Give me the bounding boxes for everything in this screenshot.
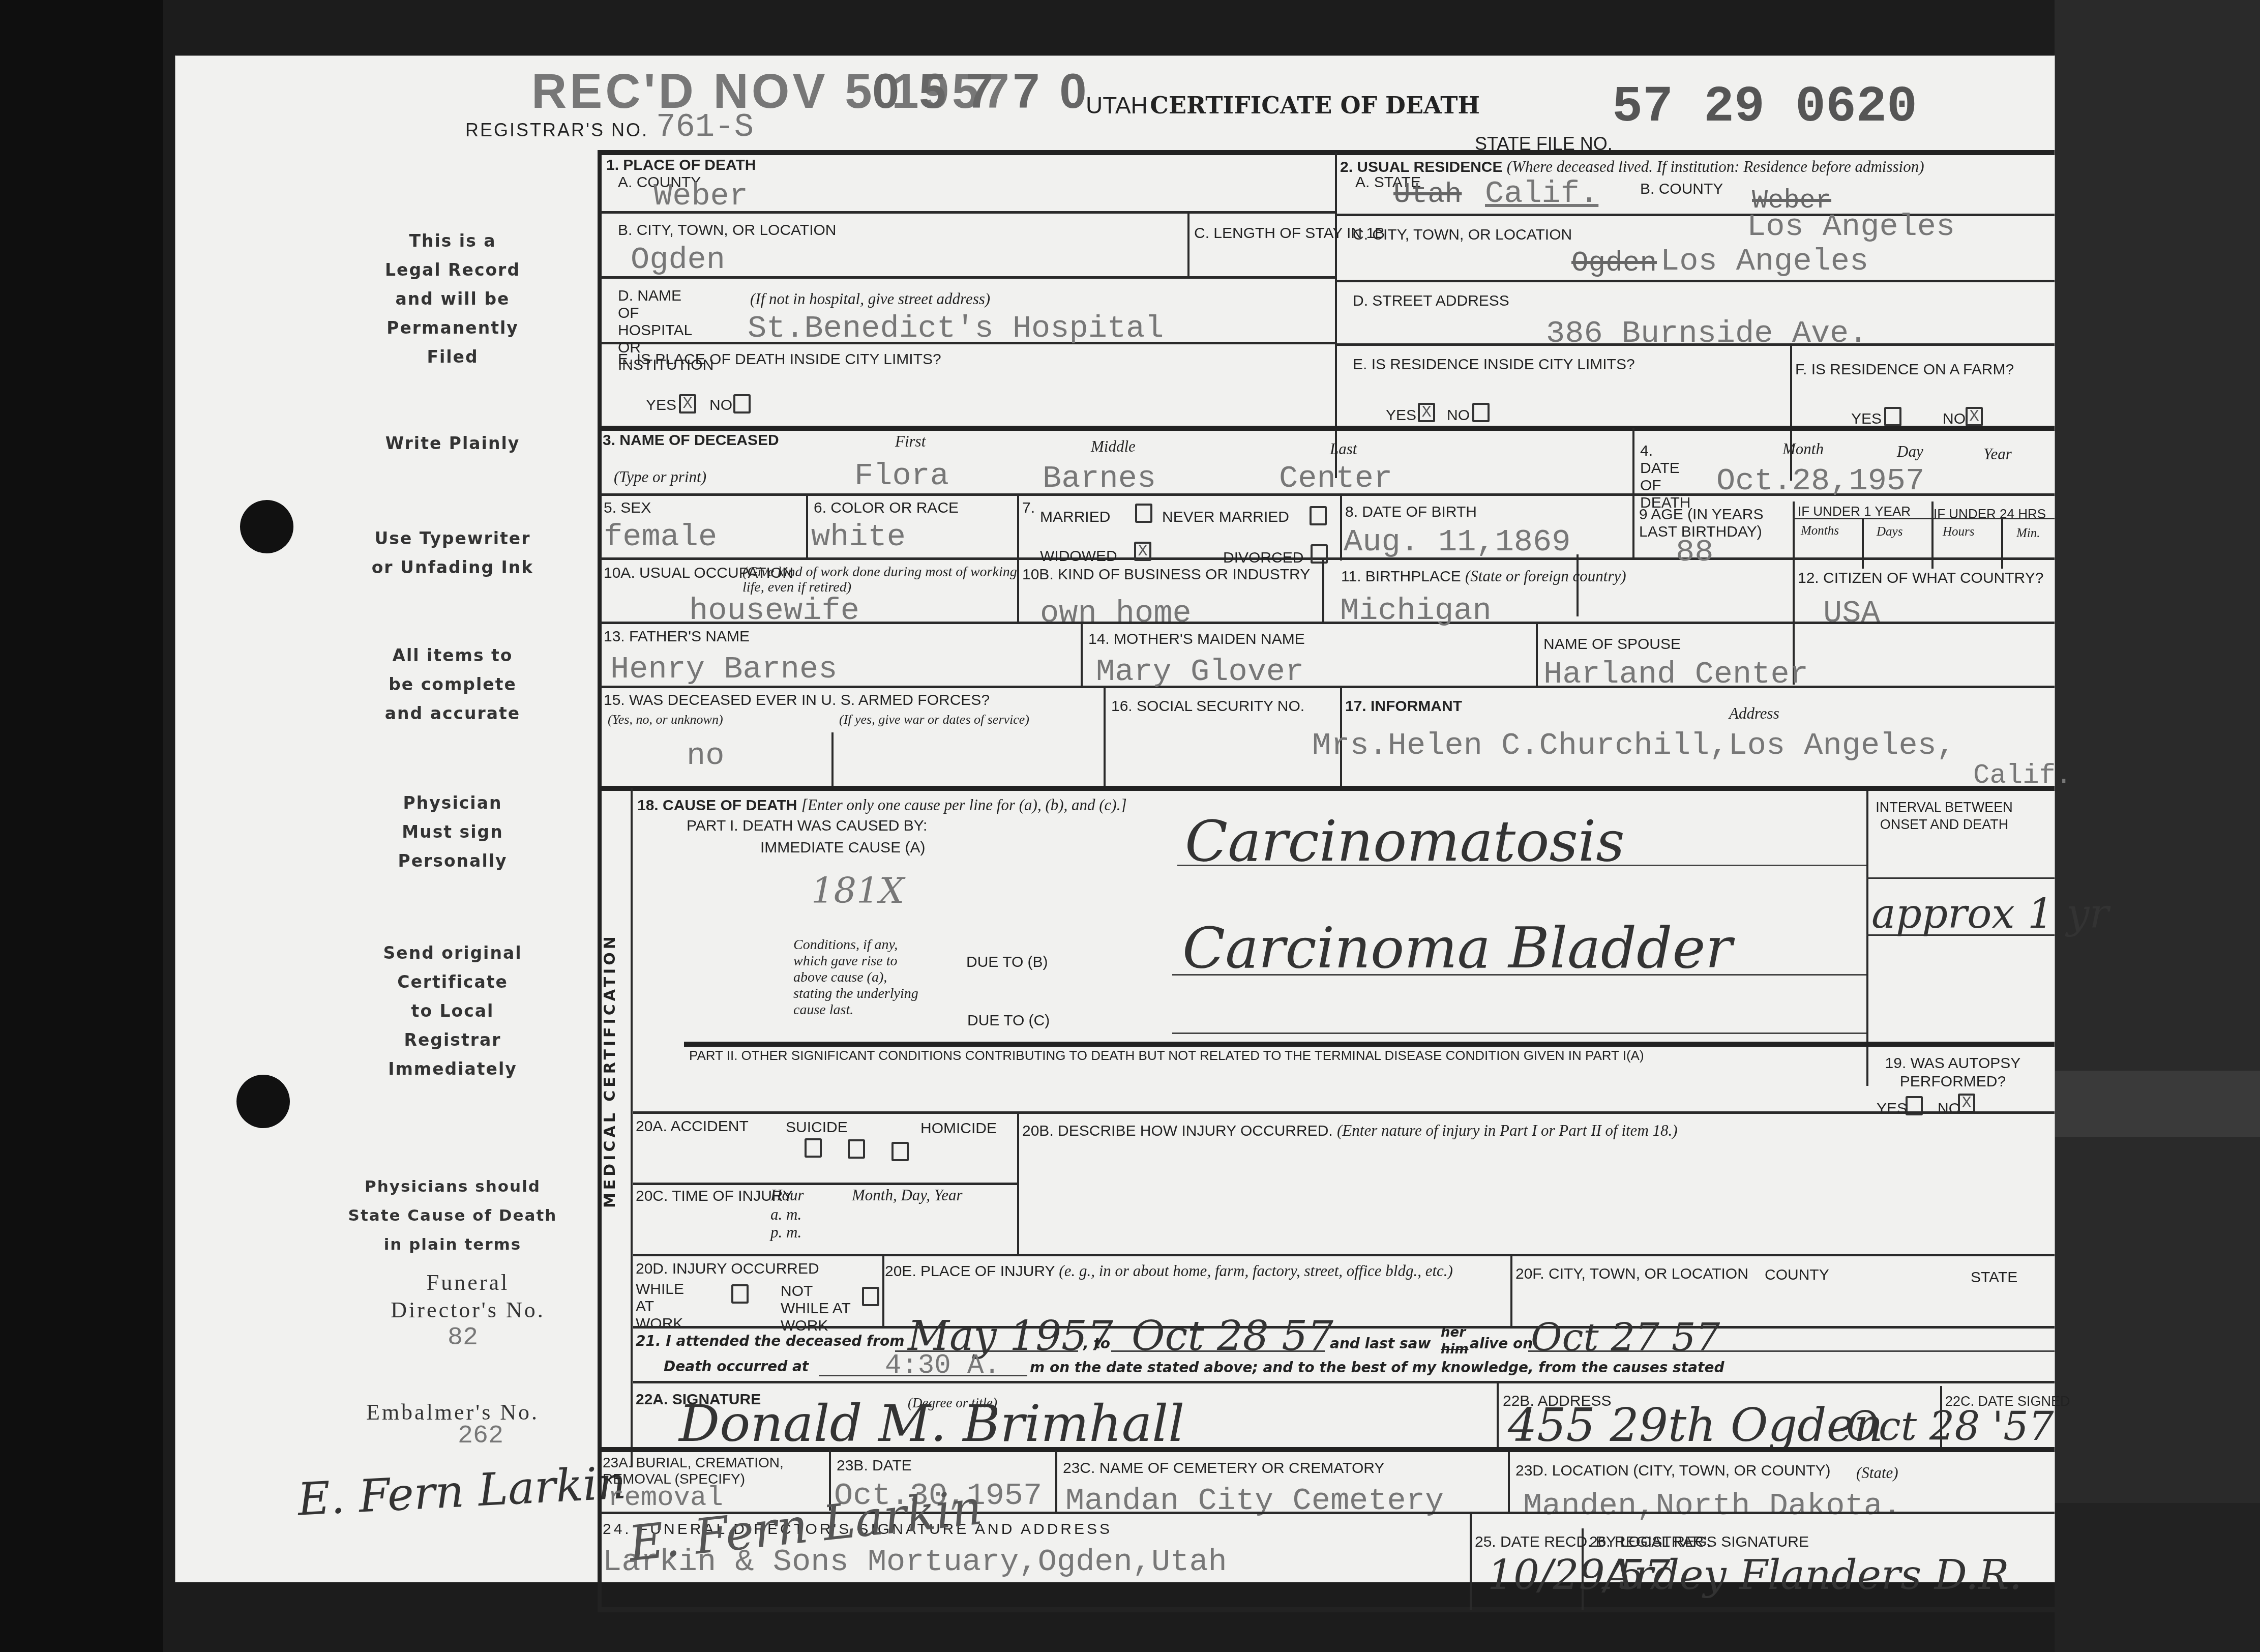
margin-note-write-plainly: Write Plainly [369,429,537,458]
never-married-label: NEVER MARRIED [1162,509,1289,526]
divider [1866,877,2055,879]
divider [1055,1451,1057,1512]
divider [1632,497,1634,557]
scan-band [2055,1503,2260,1652]
homicide-checkbox[interactable] [891,1142,909,1161]
immediate-cause-value: Carcinomatosis [1185,809,1625,874]
while-at-work-label: WHILE AT WORK [636,1281,697,1333]
her-label: her [1441,1325,1466,1340]
citizen-value: USA [1823,595,1880,631]
accident-label: 20a. ACCIDENT [636,1118,749,1135]
first-name-label: First [895,432,926,451]
interval-label: INTERVAL BETWEEN ONSET AND DEATH [1873,799,2015,833]
registrars-no: 761-S [656,109,754,146]
res-city-value: Los Angeles [1660,243,1868,279]
birthplace-value: Michigan [1340,593,1492,629]
form-left-border [598,150,602,1610]
scan-band [2055,1071,2260,1137]
cause-code: 181X [811,870,904,911]
res-county-value: Los Angeles [1747,209,1955,245]
divider [1510,1256,1512,1327]
race-value: white [811,519,906,555]
title-prefix: UTAH [1086,92,1148,119]
am-label: a. m. [770,1205,801,1224]
year-label: Year [1983,445,2012,463]
divider [806,494,808,558]
divider [1536,623,1538,687]
widowed-label: WIDOWED [1040,548,1117,565]
last-name-label: Last [1330,440,1357,458]
death-county-value: Weber [653,178,748,214]
margin-note-send-original: Send original Certificate to Local Regis… [369,938,537,1083]
res-state-struck: Utah [1393,178,1462,211]
dob-value: Aug. 11,1869 [1344,524,1570,560]
sex-label: 5. SEX [604,499,651,517]
physician-signature: Donald M. Brimhall [679,1394,1184,1453]
part2-label: PART II. OTHER SIGNIFICANT CONDITIONS CO… [689,1048,1644,1064]
month-label: Month [1782,440,1824,458]
immediate-cause-label: IMMEDIATE CAUSE (a) [760,839,925,857]
divider [600,426,2055,431]
under-24-hrs-label: IF UNDER 24 HRS [1934,506,2046,522]
never-married-checkbox[interactable] [1310,506,1327,525]
hospital-value: St.Benedict's Hospital [748,310,1164,346]
divider [2001,518,2003,569]
res-inside-city-no-checkbox[interactable] [1472,403,1490,422]
race-label: 6. COLOR OR RACE [814,499,959,517]
punch-hole [236,1075,290,1128]
him-label: him [1441,1342,1469,1357]
location-value: Manden,North Dakota. [1523,1488,1901,1524]
divider [1497,1383,1499,1450]
state-file-no: 57 29 0620 [1612,79,1917,136]
embalmer-no: 262 [458,1422,503,1451]
cause-of-death-label: 18. CAUSE OF DEATH [Enter only one cause… [637,796,1127,814]
res-city-struck: Ogden [1571,247,1657,279]
accident-checkbox[interactable] [805,1138,822,1158]
marital-label: 7. [1022,499,1035,517]
scan-background-right [2055,0,2260,1652]
hour-label: Hour [770,1186,804,1204]
last-name-value: Center [1279,460,1392,496]
injury-county-label: COUNTY [1765,1266,1829,1284]
due-to-c-line [1172,1032,1866,1034]
scan-background-left [0,0,163,1652]
divider [1187,211,1190,277]
res-city-label: c. CITY, TOWN, OR LOCATION [1353,226,1572,244]
m-on-date-label: m on the date stated above; and to the b… [1030,1359,1724,1376]
place-of-injury-label: 20e. PLACE OF INJURY (e. g., in or about… [885,1262,1495,1280]
divider [1577,554,1579,616]
punch-hole [240,500,293,553]
no-label: NO [1943,410,1966,428]
month-day-year-label: Month, Day, Year [852,1186,963,1204]
attended-to-value: Oct 28 57 [1132,1312,1333,1360]
divider [600,786,2055,791]
form-bottom-border [598,1607,2055,1612]
inside-city-no-checkbox[interactable] [733,394,751,414]
armed-forces-hint-2: (If yes, give war or dates of service) [839,712,1029,727]
under-1-year-label: IF UNDER 1 YEAR [1798,504,1911,519]
divider [1340,494,1342,560]
registrar-signature-label: 26. REGISTRAR'S SIGNATURE [1589,1533,1809,1551]
city-label: b. CITY, TOWN, OR LOCATION [618,222,837,239]
funeral-director-no: 82 [448,1323,478,1352]
yes-label: YES [646,397,676,414]
father-label: 13. FATHER'S NAME [604,628,750,645]
mother-label: 14. MOTHER'S MAIDEN NAME [1088,631,1305,648]
yes-label: YES [1386,407,1416,424]
mother-value: Mary Glover [1096,654,1304,690]
age-value: 88 [1676,534,1713,570]
res-state-value: Calif. [1485,175,1598,212]
date-signed-value: Oct 28 '57 [1846,1404,2054,1450]
days-label: Days [1877,525,1902,539]
birthplace-label: 11. BIRTHPLACE (State or foreign country… [1341,567,1626,585]
margin-note-legal-record: This is a Legal Record and will be Perma… [369,226,537,371]
divider [1104,687,1106,788]
divider [633,1381,2055,1383]
farm-yes-checkbox[interactable] [1884,407,1901,426]
citizen-label: 12. CITIZEN OF WHAT COUNTRY? [1798,570,2043,587]
death-at-label: Death occurred at [664,1358,809,1375]
alive-on-label: alive on [1470,1335,1533,1352]
describe-injury-label: 20b. DESCRIBE HOW INJURY OCCURRED. (Ente… [1022,1122,1678,1140]
ssn-label: 16. SOCIAL SECURITY NO. [1111,698,1304,715]
death-certificate: REC'D NOV 5 1957 0 5 7 7 0 REGISTRAR'S N… [175,56,2055,1582]
pm-label: p. m. [770,1223,801,1242]
suicide-checkbox[interactable] [848,1139,865,1159]
res-inside-city-yes-checkbox[interactable]: X [1418,403,1435,422]
divider [684,1042,2055,1047]
informant-label: 17. INFORMANT [1345,698,1462,715]
divider [631,788,633,1467]
hours-label: Hours [1943,525,1975,539]
first-name-value: Flora [854,458,949,494]
time-of-injury-label: 20c. TIME OF INJURY [636,1188,793,1205]
age-label: 9 AGE (In years last birthday) [1639,506,1789,541]
spouse-label: NAME OF SPOUSE [1543,636,1681,653]
cemetery-label: 23c. NAME OF CEMETERY OR CREMATORY [1063,1460,1384,1477]
farm-label: f. IS RESIDENCE ON A FARM? [1795,361,2014,378]
armed-forces-hint-1: (Yes, no, or unknown) [608,712,723,727]
no-label: NO [709,397,732,414]
divorced-label: DIVORCED [1223,549,1303,567]
divider [1017,1111,1019,1256]
margin-note-cause-plain: Physicians should State Cause of Death i… [346,1172,559,1259]
divider [1322,557,1324,624]
last-saw-label: and last saw [1330,1335,1431,1352]
divider [882,1254,884,1327]
divider [831,732,834,788]
inside-city-yes-checkbox[interactable]: X [679,394,696,414]
hospital-hint: (If not in hospital, give street address… [750,290,990,308]
occupation-value: housewife [689,593,859,629]
certificate-title: UTAH CERTIFICATE OF DEATH [1086,92,1480,119]
title-text: CERTIFICATE OF DEATH [1150,92,1480,119]
to-label: , to [1083,1335,1110,1352]
while-at-work-checkbox[interactable] [731,1284,749,1304]
margin-note-typewriter: Use Typewriter or Unfading Ink [359,524,547,582]
part1-label: PART I. DEATH WAS CAUSED BY: [687,817,927,835]
divorced-checkbox[interactable] [1311,544,1328,564]
father-value: Henry Barnes [610,651,837,687]
stamp-number: 0 5 7 7 0 [872,64,1090,120]
married-checkbox[interactable] [1135,504,1152,523]
informant-value: Mrs.Helen C.Churchill,Los Angeles, [1312,727,1955,763]
death-time-value: 4:30 A. [885,1350,1000,1381]
deceased-name-label: 3. NAME OF DECEASED [603,432,779,449]
yes-label: YES [1851,410,1882,428]
armed-forces-label: 15. WAS DECEASED EVER IN U. S. ARMED FOR… [604,692,990,709]
homicide-label: HOMICIDE [920,1120,997,1137]
farm-no-checkbox[interactable]: X [1966,407,1983,426]
res-inside-city-label: e. IS RESIDENCE INSIDE CITY LIMITS? [1353,356,1635,373]
due-to-b-value: Carcinoma Bladder [1182,916,1732,981]
divider [1470,1513,1472,1610]
alive-on-value: Oct 27 57 [1531,1315,1720,1360]
medical-certification-label: MEDICAL CERTIFICATION [601,933,619,1208]
injury-city-label: 20f. CITY, TOWN, OR LOCATION [1515,1265,1748,1283]
married-label: MARRIED [1040,509,1110,526]
embalmer-signature: E. Fern Larkin [296,1456,628,1526]
divider [1862,518,1864,569]
registrar-signature: Ardey Flanders D.R. [1604,1551,2022,1599]
min-label: Min. [2016,526,2040,541]
street-address-value: 386 Burnside Ave. [1546,315,1868,351]
not-while-at-work-checkbox[interactable] [862,1287,879,1306]
name-hint: (Type or print) [614,468,706,486]
spouse-value: Harland Center [1543,656,1808,692]
divider [1790,343,1792,481]
usual-residence-label: 2. USUAL RESIDENCE (Where deceased lived… [1340,158,1924,176]
industry-value: own home [1040,595,1192,631]
location-state-label: (State) [1856,1464,1898,1482]
divider [633,1111,2055,1114]
interval-value: approx 1 yr [1871,890,2109,937]
margin-note-complete: All items to be complete and accurate [369,641,537,728]
attended-label: 21. I attended the deceased from [636,1333,904,1349]
injury-occurred-label: 20d. INJURY OCCURRED [636,1260,819,1278]
form-top-border [598,150,2055,155]
informant-cont: Calif. [1973,760,2072,791]
middle-name-value: Barnes [1043,460,1156,496]
burial-date-label: 23b. DATE [837,1457,912,1474]
months-label: Months [1801,524,1839,538]
occupation-hint: (Give kind of work done during most of w… [742,565,1017,595]
yes-label: YES [1877,1100,1907,1117]
suicide-label: SUICIDE [786,1119,848,1136]
divider [1081,623,1083,687]
inside-city-label: e. IS PLACE OF DEATH INSIDE CITY LIMITS? [618,351,941,368]
day-label: Day [1897,442,1923,461]
death-city-value: Ogden [631,242,725,278]
middle-name-label: Middle [1091,437,1136,456]
embalmer-no-label: Embalmer's No. [366,1399,539,1426]
no-label: NO [1938,1100,1960,1117]
margin-note-physician-sign: Physician Must sign Personally [369,788,537,875]
registrars-no-label: REGISTRAR'S NO. [465,120,648,141]
due-to-c-label: DUE TO (c) [967,1012,1050,1029]
date-of-death-label: 4. DATE OF DEATH [1640,442,1696,512]
street-address-label: d. STREET ADDRESS [1353,292,1509,310]
divider [600,1447,2055,1452]
sex-value: female [604,519,717,555]
dob-label: 8. DATE OF BIRTH [1345,504,1477,521]
location-label: 23d. LOCATION (City, town, or county) [1515,1462,1831,1480]
divider [633,1326,2055,1329]
divider [633,1183,1017,1185]
physician-address: 455 29th Ogden [1508,1399,1883,1452]
divider [1508,1452,1510,1513]
informant-address-label: Address [1729,704,1779,723]
res-county-label: b. COUNTY [1640,181,1723,198]
conditions-hint: Conditions, if any, which gave rise to a… [793,937,920,1018]
widowed-checkbox[interactable]: X [1134,542,1151,561]
divider [1335,280,2055,282]
divider [633,1254,2055,1256]
injury-state-label: STATE [1971,1269,2017,1286]
armed-forces-value: no [687,737,724,774]
autopsy-no-checkbox[interactable]: X [1958,1094,1975,1113]
funeral-director-no-label: Funeral Director's No. [366,1269,570,1324]
autopsy-label: 19. WAS AUTOPSY PERFORMED? [1871,1054,2034,1091]
no-label: NO [1447,407,1470,424]
date-of-death-value: Oct.28,1957 [1716,463,1924,499]
place-of-death-label: 1. PLACE OF DEATH [606,157,756,174]
industry-label: 10b. KIND OF BUSINESS OR INDUSTRY [1022,566,1310,583]
due-to-b-label: DUE TO (b) [966,954,1048,971]
